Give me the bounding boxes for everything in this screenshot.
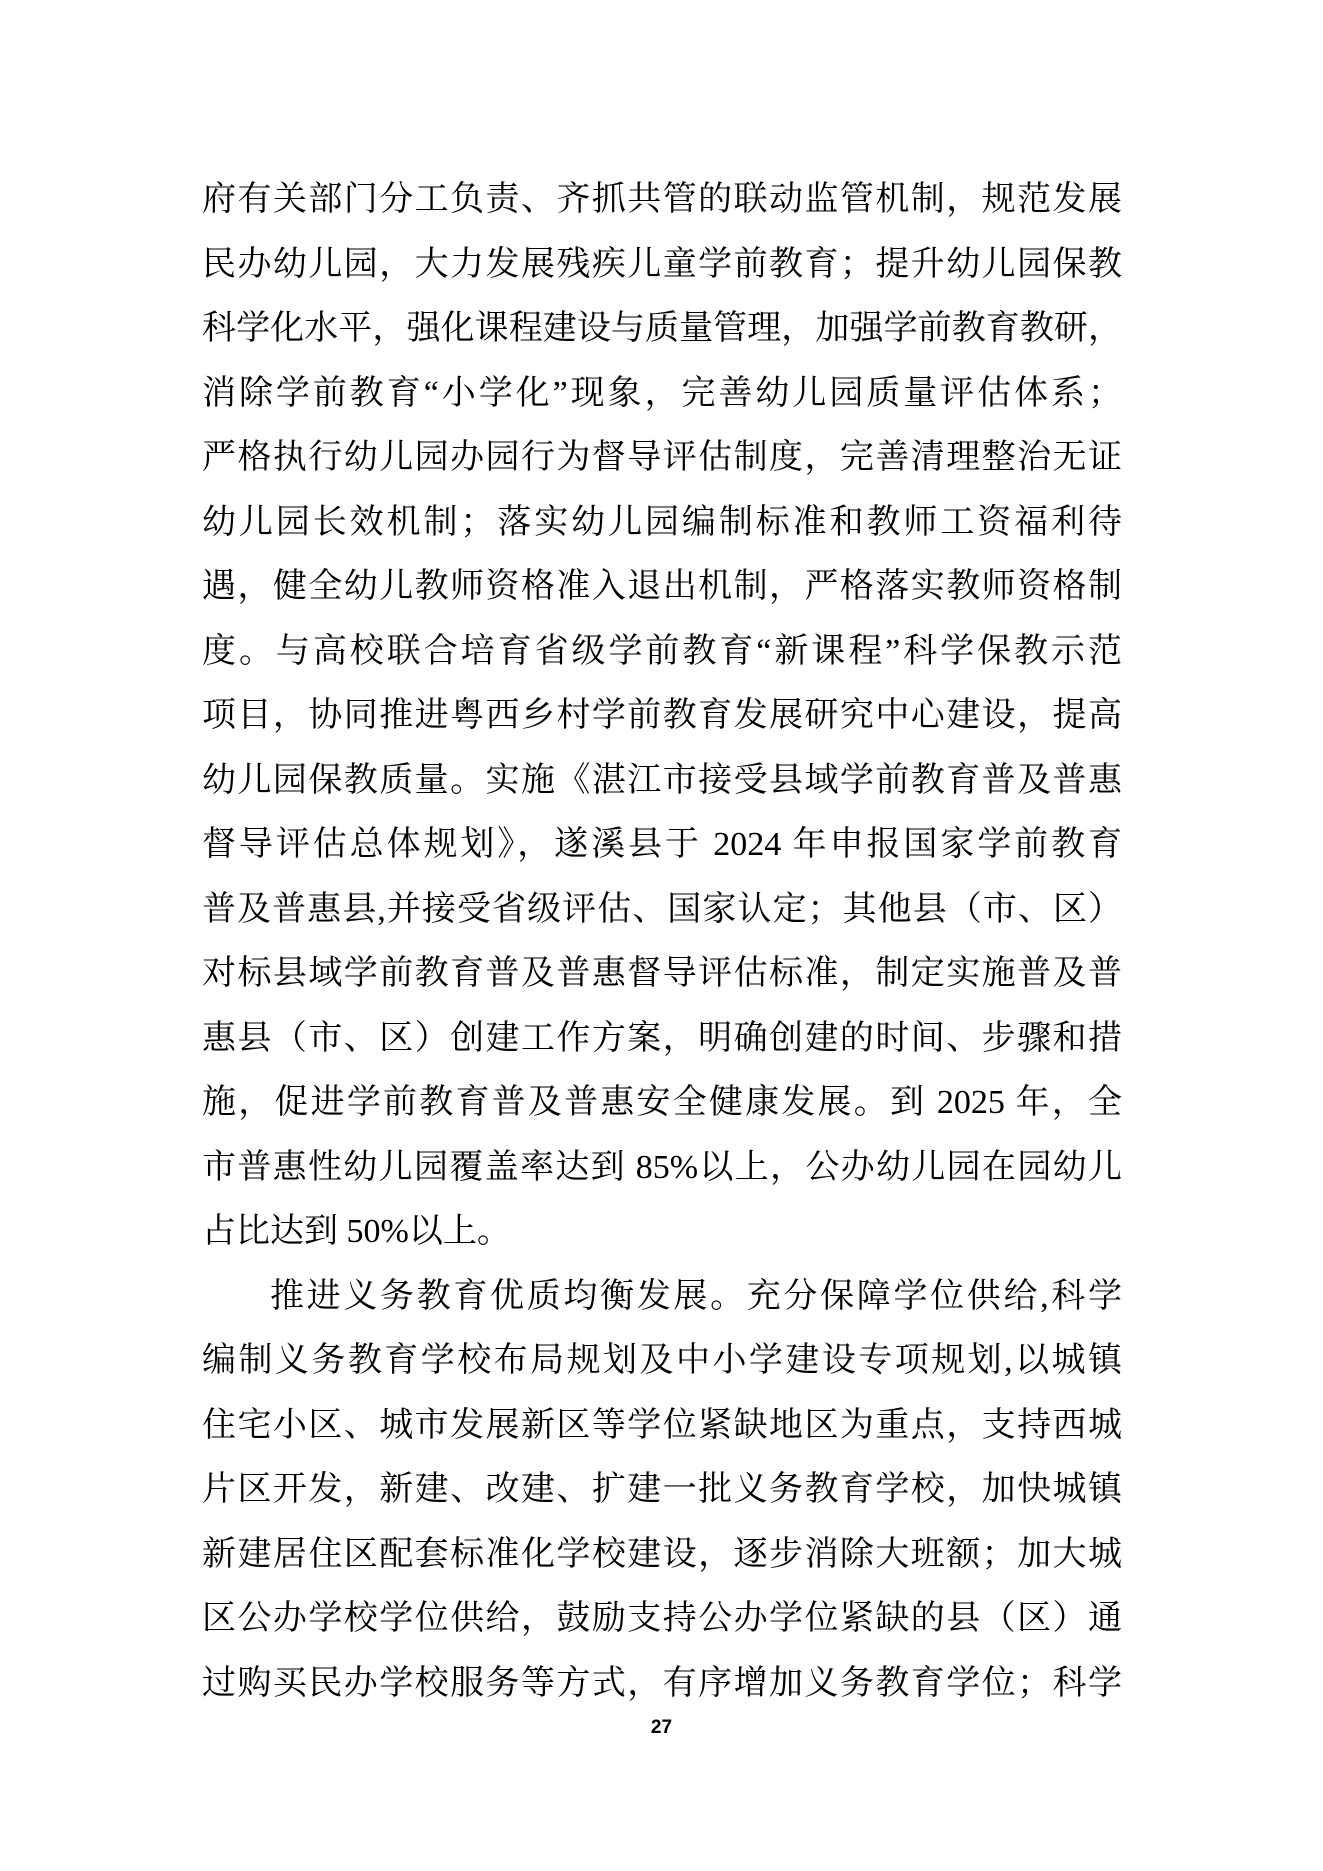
text-line: 惠县（市、区）创建工作方案，明确创建的时间、步骤和措	[202, 1007, 1122, 1072]
text-line: 严格执行幼儿园办园行为督导评估制度，完善清理整治无证	[202, 426, 1122, 491]
text-line: 度。与高校联合培育省级学前教育“新课程”科学保教示范	[202, 620, 1122, 685]
document-page: 府有关部门分工负责、齐抓共管的联动监管机制，规范发展 民办幼儿园，大力发展残疾儿…	[0, 0, 1323, 1871]
text-line: 项目，协同推进粤西乡村学前教育发展研究中心建设，提高	[202, 684, 1122, 749]
text-line: 过购买民办学校服务等方式，有序增加义务教育学位；科学	[202, 1652, 1122, 1717]
text-line: 对标县域学前教育普及普惠督导评估标准，制定实施普及普	[202, 942, 1122, 1007]
page-text-block: 府有关部门分工负责、齐抓共管的联动监管机制，规范发展 民办幼儿园，大力发展残疾儿…	[202, 168, 1122, 1716]
text-line: 科学化水平，强化课程建设与质量管理，加强学前教育教研，	[202, 297, 1122, 362]
text-line: 编制义务教育学校布局规划及中小学建设专项规划,以城镇	[202, 1329, 1122, 1394]
text-line: 幼儿园长效机制；落实幼儿园编制标准和教师工资福利待	[202, 491, 1122, 556]
page-number: 27	[0, 1716, 1323, 1740]
text-line: 占比达到 50%以上。	[202, 1200, 1122, 1265]
text-line: 新建居住区配套标准化学校建设，逐步消除大班额；加大城	[202, 1523, 1122, 1588]
text-line: 市普惠性幼儿园覆盖率达到 85%以上，公办幼儿园在园幼儿	[202, 1136, 1122, 1201]
text-line: 府有关部门分工负责、齐抓共管的联动监管机制，规范发展	[202, 168, 1122, 233]
text-line: 片区开发，新建、改建、扩建一批义务教育学校，加快城镇	[202, 1458, 1122, 1523]
text-line: 督导评估总体规划》，遂溪县于 2024 年申报国家学前教育	[202, 813, 1122, 878]
paragraph-2: 推进义务教育优质均衡发展。充分保障学位供给,科学 编制义务教育学校布局规划及中小…	[202, 1265, 1122, 1717]
text-line: 区公办学校学位供给，鼓励支持公办学位紧缺的县（区）通	[202, 1587, 1122, 1652]
text-line: 民办幼儿园，大力发展残疾儿童学前教育；提升幼儿园保教	[202, 233, 1122, 298]
text-line: 推进义务教育优质均衡发展。充分保障学位供给,科学	[202, 1265, 1122, 1330]
text-line: 遇，健全幼儿教师资格准入退出机制，严格落实教师资格制	[202, 555, 1122, 620]
text-line: 施，促进学前教育普及普惠安全健康发展。到 2025 年，全	[202, 1071, 1122, 1136]
text-line: 住宅小区、城市发展新区等学位紧缺地区为重点，支持西城	[202, 1394, 1122, 1459]
paragraph-1: 府有关部门分工负责、齐抓共管的联动监管机制，规范发展 民办幼儿园，大力发展残疾儿…	[202, 168, 1122, 1265]
text-line: 普及普惠县,并接受省级评估、国家认定；其他县（市、区）	[202, 878, 1122, 943]
text-line: 消除学前教育“小学化”现象，完善幼儿园质量评估体系；	[202, 362, 1122, 427]
text-line: 幼儿园保教质量。实施《湛江市接受县域学前教育普及普惠	[202, 749, 1122, 814]
